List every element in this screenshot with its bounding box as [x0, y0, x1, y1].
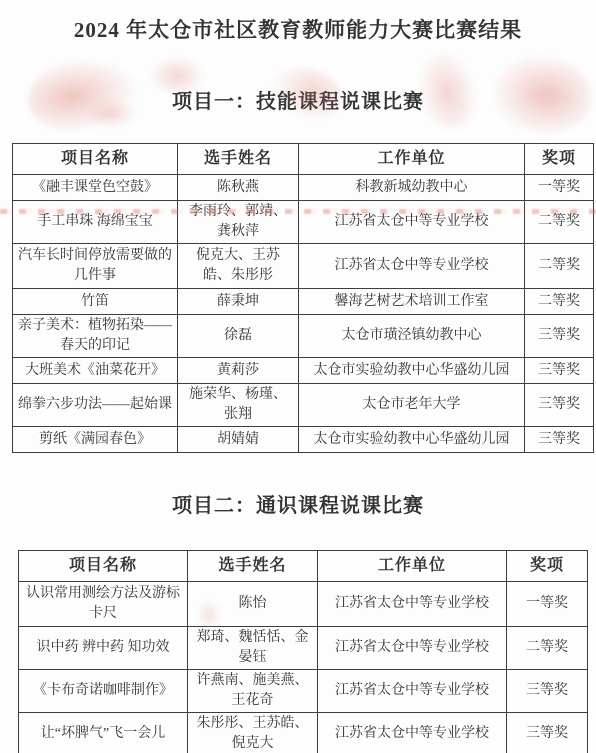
- cell-award: 三等奖: [507, 713, 588, 753]
- table-row: 认识常用测绘方法及游标卡尺 陈怡 江苏省太仓中等专业学校 一等奖: [19, 582, 588, 627]
- col-header-project: 项目名称: [19, 551, 188, 582]
- table-row: 识中药 辨中药 知功效 郑琦、魏恬恬、金晏钰 江苏省太仓中等专业学校 二等奖: [19, 627, 588, 670]
- col-header-organization: 工作单位: [299, 144, 525, 175]
- section1-table: 项目名称 选手姓名 工作单位 奖项 《融丰课堂色空鼓》 陈秋燕 科教新城幼教中心…: [12, 143, 594, 453]
- document-page: 2024 年太仓市社区教育教师能力大赛比赛结果 项目一：技能课程说课比赛 项目名…: [0, 0, 596, 753]
- cell-award: 二等奖: [525, 244, 594, 289]
- cell-organization: 太仓市老年大学: [299, 384, 525, 427]
- cell-award: 三等奖: [525, 427, 594, 453]
- section2-table: 项目名称 选手姓名 工作单位 奖项 认识常用测绘方法及游标卡尺 陈怡 江苏省太仓…: [18, 550, 588, 753]
- table-row: 剪纸《满园春色》 胡婧婧 太仓市实验幼教中心华盛幼儿园 三等奖: [13, 427, 594, 453]
- cell-award: 一等奖: [525, 175, 594, 201]
- cell-organization: 江苏省太仓中等专业学校: [299, 244, 525, 289]
- cell-award: 二等奖: [525, 201, 594, 244]
- cell-project: 竹笛: [13, 289, 178, 315]
- cell-award: 三等奖: [525, 358, 594, 384]
- cell-award: 三等奖: [507, 670, 588, 713]
- cell-organization: 科教新城幼教中心: [299, 175, 525, 201]
- cell-contestants: 黄莉莎: [178, 358, 299, 384]
- page-title: 2024 年太仓市社区教育教师能力大赛比赛结果: [0, 0, 596, 44]
- cell-contestants: 徐磊: [178, 315, 299, 358]
- cell-organization: 太仓市璜泾镇幼教中心: [299, 315, 525, 358]
- cell-contestants: 胡婧婧: [178, 427, 299, 453]
- col-header-project: 项目名称: [13, 144, 178, 175]
- cell-project: 手工串珠 海绵宝宝: [13, 201, 178, 244]
- cell-project: 认识常用测绘方法及游标卡尺: [19, 582, 188, 627]
- cell-contestants: 施荣华、杨瑾、张翔: [178, 384, 299, 427]
- section2-heading: 项目二：通识课程说课比赛: [0, 493, 596, 519]
- table-row: 亲子美术：植物拓染——春天的印记 徐磊 太仓市璜泾镇幼教中心 三等奖: [13, 315, 594, 358]
- table-row: 《融丰课堂色空鼓》 陈秋燕 科教新城幼教中心 一等奖: [13, 175, 594, 201]
- cell-contestants: 薛秉坤: [178, 289, 299, 315]
- cell-contestants: 李雨玲、郭靖、龚秋萍: [178, 201, 299, 244]
- cell-organization: 江苏省太仓中等专业学校: [299, 201, 525, 244]
- col-header-contestants: 选手姓名: [188, 551, 318, 582]
- cell-organization: 太仓市实验幼教中心华盛幼儿园: [299, 427, 525, 453]
- cell-contestants: 朱彤彤、王苏皓、倪克大: [188, 713, 318, 753]
- table-row: 手工串珠 海绵宝宝 李雨玲、郭靖、龚秋萍 江苏省太仓中等专业学校 二等奖: [13, 201, 594, 244]
- col-header-award: 奖项: [507, 551, 588, 582]
- cell-organization: 馨海艺树艺术培训工作室: [299, 289, 525, 315]
- cell-organization: 江苏省太仓中等专业学校: [318, 582, 507, 627]
- table-row: 让“坏脾气”飞一会儿 朱彤彤、王苏皓、倪克大 江苏省太仓中等专业学校 三等奖: [19, 713, 588, 753]
- cell-award: 二等奖: [507, 627, 588, 670]
- cell-project: 汽车长时间停放需要做的几件事: [13, 244, 178, 289]
- table-header-row: 项目名称 选手姓名 工作单位 奖项: [13, 144, 594, 175]
- cell-award: 一等奖: [507, 582, 588, 627]
- cell-contestants: 陈怡: [188, 582, 318, 627]
- cell-contestants: 郑琦、魏恬恬、金晏钰: [188, 627, 318, 670]
- cell-organization: 江苏省太仓中等专业学校: [318, 670, 507, 713]
- col-header-award: 奖项: [525, 144, 594, 175]
- table-row: 汽车长时间停放需要做的几件事 倪克大、王苏皓、朱彤彤 江苏省太仓中等专业学校 二…: [13, 244, 594, 289]
- cell-organization: 江苏省太仓中等专业学校: [318, 713, 507, 753]
- cell-contestants: 陈秋燕: [178, 175, 299, 201]
- cell-project: 亲子美术：植物拓染——春天的印记: [13, 315, 178, 358]
- col-header-organization: 工作单位: [318, 551, 507, 582]
- cell-project: 《融丰课堂色空鼓》: [13, 175, 178, 201]
- cell-project: 识中药 辨中药 知功效: [19, 627, 188, 670]
- cell-project: 让“坏脾气”飞一会儿: [19, 713, 188, 753]
- cell-organization: 太仓市实验幼教中心华盛幼儿园: [299, 358, 525, 384]
- cell-award: 三等奖: [525, 384, 594, 427]
- table-row: 竹笛 薛秉坤 馨海艺树艺术培训工作室 二等奖: [13, 289, 594, 315]
- cell-project: 绵拳六步功法——起始课: [13, 384, 178, 427]
- cell-contestants: 许燕南、施美燕、王花奇: [188, 670, 318, 713]
- cell-award: 三等奖: [525, 315, 594, 358]
- cell-award: 二等奖: [525, 289, 594, 315]
- table-row: 大班美术《油菜花开》 黄莉莎 太仓市实验幼教中心华盛幼儿园 三等奖: [13, 358, 594, 384]
- cell-project: 剪纸《满园春色》: [13, 427, 178, 453]
- cell-project: 大班美术《油菜花开》: [13, 358, 178, 384]
- table-row: 绵拳六步功法——起始课 施荣华、杨瑾、张翔 太仓市老年大学 三等奖: [13, 384, 594, 427]
- cell-contestants: 倪克大、王苏皓、朱彤彤: [178, 244, 299, 289]
- section1-heading: 项目一：技能课程说课比赛: [0, 89, 596, 115]
- table-header-row: 项目名称 选手姓名 工作单位 奖项: [19, 551, 588, 582]
- table-row: 《卡布奇诺咖啡制作》 许燕南、施美燕、王花奇 江苏省太仓中等专业学校 三等奖: [19, 670, 588, 713]
- cell-organization: 江苏省太仓中等专业学校: [318, 627, 507, 670]
- cell-project: 《卡布奇诺咖啡制作》: [19, 670, 188, 713]
- col-header-contestants: 选手姓名: [178, 144, 299, 175]
